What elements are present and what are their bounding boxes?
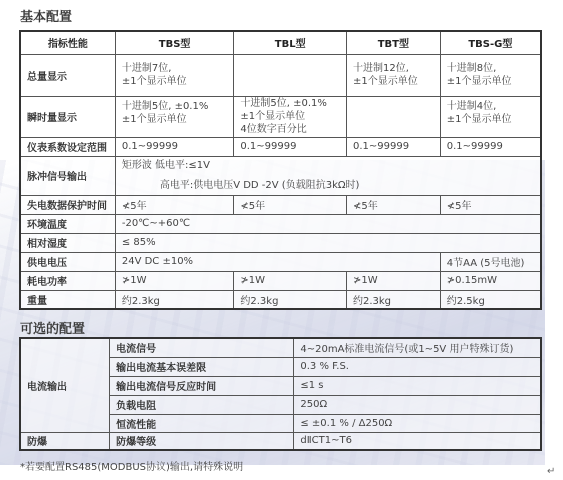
row-value: 0.3 % F.S. — [294, 357, 541, 376]
row-ambient-temp: 环境温度 -20℃~+60℃ — [20, 214, 541, 233]
row-label: 仪表系数设定范围 — [20, 137, 115, 156]
group-current-output: 电流输出 — [20, 338, 110, 432]
row-value: ≤ ±0.1 % / Δ250Ω — [294, 414, 541, 432]
row-label: 总量显示 — [20, 54, 115, 96]
cell-tbs: 十进制5位, ±0.1% ±1个显示单位 — [115, 96, 234, 137]
header-row: 指标性能 TBS型 TBL型 TBT型 TBS-G型 — [20, 31, 541, 54]
row-humidity: 相对湿度 ≤ 85% — [20, 233, 541, 252]
optional-config-title: 可选的配置 — [20, 318, 85, 337]
row-total-display: 总量显示 十进制7位, ±1个显示单位 十进制12位, ±1个显示单位 十进制8… — [20, 54, 541, 96]
row-label: 输出电流基本误差限 — [110, 357, 294, 376]
row-label: 负载电阻 — [110, 395, 294, 414]
row-value: 4~20mA标准电流信号(或1~5V 用户特殊订货) — [294, 338, 541, 357]
cell-supply-voltage: 24V DC ±10% — [115, 252, 440, 271]
header-spec: 指标性能 — [20, 31, 115, 54]
row-power-consumption: 耗电功率 ≯1W ≯1W ≯1W ≯0.15mW — [20, 271, 541, 290]
cell-pulse-output: 矩形波 低电平:≤1V 高电平:供电电压V DD -2V (负载阻抗3kΩ时) — [115, 156, 541, 195]
cell-tbl: 0.1~99999 — [234, 137, 347, 156]
cell-tbsg: 十进制8位, ±1个显示单位 — [440, 54, 541, 96]
row-label: 耗电功率 — [20, 271, 115, 290]
paragraph-return-icon: ↵ — [547, 466, 555, 477]
cell-tbt: ≮5年 — [346, 195, 440, 214]
cell-tbs: ≯1W — [115, 271, 234, 290]
cell-tbs: 约2.3kg — [115, 290, 234, 309]
cell-tbt: 0.1~99999 — [346, 137, 440, 156]
cell-ambient-temp: -20℃~+60℃ — [115, 214, 541, 233]
header-tbt: TBT型 — [346, 31, 440, 54]
row-pulse-output: 脉冲信号输出 矩形波 低电平:≤1V 高电平:供电电压V DD -2V (负载阻… — [20, 156, 541, 195]
row-label: 瞬时量显示 — [20, 96, 115, 137]
cell-tbt: 十进制12位, ±1个显示单位 — [346, 54, 440, 96]
cell-tbsg: 4节AA (5号电池) — [440, 252, 541, 271]
group-explosion-proof: 防爆 — [20, 432, 110, 450]
row-power-loss-protect: 失电数据保护时间 ≮5年 ≮5年 ≮5年 ≮5年 — [20, 195, 541, 214]
optional-config-table: 电流输出 电流信号 4~20mA标准电流信号(或1~5V 用户特殊订货) 输出电… — [19, 337, 542, 451]
row-label: 恒流性能 — [110, 414, 294, 432]
row-label: 供电电压 — [20, 252, 115, 271]
cell-tbsg: 约2.5kg — [440, 290, 541, 309]
basic-config-title: 基本配置 — [20, 6, 72, 25]
cell-tbl — [234, 54, 347, 96]
cell-tbl: ≯1W — [234, 271, 347, 290]
row-label: 相对湿度 — [20, 233, 115, 252]
cell-tbsg: 0.1~99999 — [440, 137, 541, 156]
header-tbsg: TBS-G型 — [440, 31, 541, 54]
row-label: 重量 — [20, 290, 115, 309]
cell-tbs: ≮5年 — [115, 195, 234, 214]
row-label: 失电数据保护时间 — [20, 195, 115, 214]
cell-tbsg: ≯0.15mW — [440, 271, 541, 290]
row-label: 脉冲信号输出 — [20, 156, 115, 195]
row-label: 输出电流信号反应时间 — [110, 376, 294, 395]
cell-tbsg: ≮5年 — [440, 195, 541, 214]
row-supply-voltage: 供电电压 24V DC ±10% 4节AA (5号电池) — [20, 252, 541, 271]
footnote: *若要配置RS485(MODBUS协议)输出,请特殊说明 — [20, 458, 243, 473]
row-weight: 重量 约2.3kg 约2.3kg 约2.3kg 约2.5kg — [20, 290, 541, 309]
header-tbs: TBS型 — [115, 31, 234, 54]
cell-tbt: ≯1W — [346, 271, 440, 290]
header-tbl: TBL型 — [234, 31, 347, 54]
row-coef-range: 仪表系数设定范围 0.1~99999 0.1~99999 0.1~99999 0… — [20, 137, 541, 156]
table-row: 防爆 防爆等级 dⅡCT1~T6 — [20, 432, 541, 450]
cell-tbl: ≮5年 — [234, 195, 347, 214]
table-row: 电流输出 电流信号 4~20mA标准电流信号(或1~5V 用户特殊订货) — [20, 338, 541, 357]
cell-tbl: 约2.3kg — [234, 290, 347, 309]
cell-humidity: ≤ 85% — [115, 233, 541, 252]
row-label: 防爆等级 — [110, 432, 294, 450]
cell-tbt: 约2.3kg — [346, 290, 440, 309]
cell-tbl: 十进制5位, ±0.1% ±1个显示单位 4位数字百分比 — [234, 96, 347, 137]
cell-tbs: 十进制7位, ±1个显示单位 — [115, 54, 234, 96]
row-instant-display: 瞬时量显示 十进制5位, ±0.1% ±1个显示单位 十进制5位, ±0.1% … — [20, 96, 541, 137]
row-value: ≤1 s — [294, 376, 541, 395]
row-value: dⅡCT1~T6 — [294, 432, 541, 450]
row-label: 环境温度 — [20, 214, 115, 233]
row-value: 250Ω — [294, 395, 541, 414]
cell-tbsg: 十进制4位, ±1个显示单位 — [440, 96, 541, 137]
cell-tbs: 0.1~99999 — [115, 137, 234, 156]
row-label: 电流信号 — [110, 338, 294, 357]
basic-config-table: 指标性能 TBS型 TBL型 TBT型 TBS-G型 总量显示 十进制7位, ±… — [19, 30, 542, 310]
cell-tbt — [346, 96, 440, 137]
